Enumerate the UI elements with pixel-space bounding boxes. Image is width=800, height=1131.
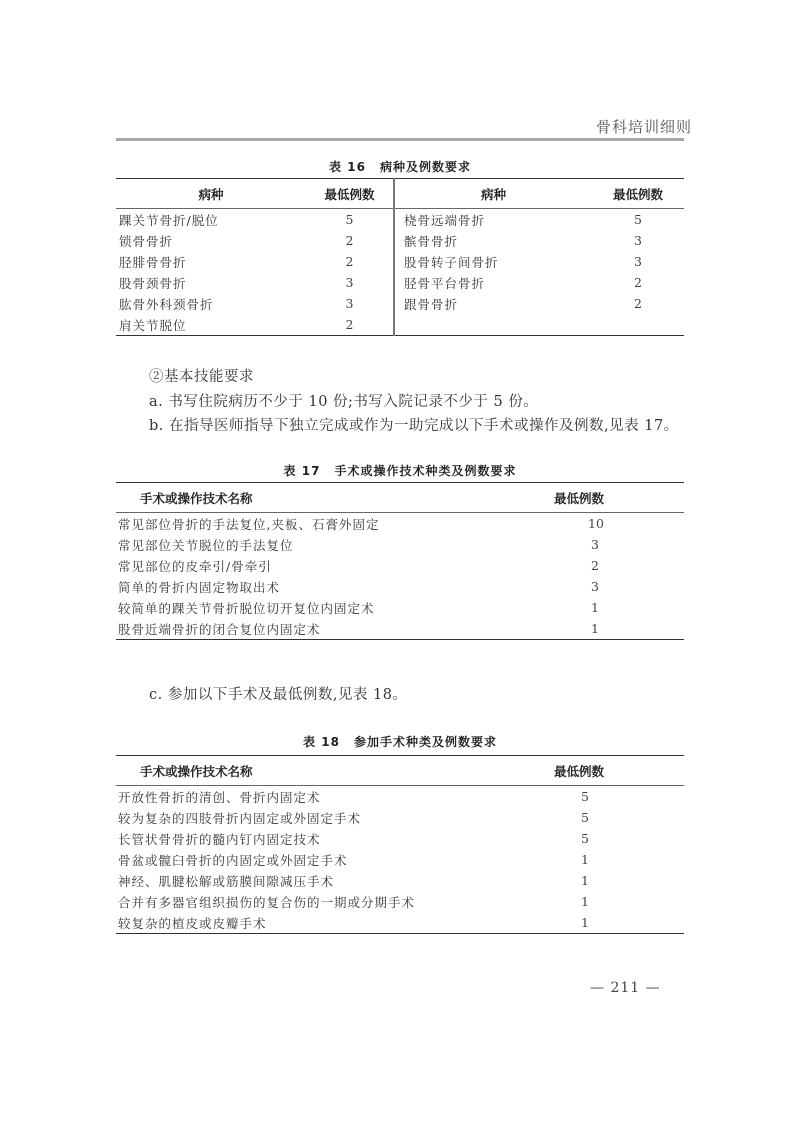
table17-header-row: 手术或操作技术名称 最低例数 <box>116 483 684 513</box>
cell-name: 合并有多器官组织损伤的复合伤的一期或分期手术 <box>116 891 524 912</box>
table16-caption: 表 16病种及例数要求 <box>116 158 684 175</box>
cell-name: 踝关节骨折/脱位 <box>116 209 306 231</box>
table17-caption: 表 17手术或操作技术种类及例数要求 <box>116 462 684 479</box>
cell-min: 5 <box>524 786 684 808</box>
table18-caption: 表 18参加手术种类及例数要求 <box>116 733 684 750</box>
table-row: 锁骨骨折 2 髌骨骨折 3 <box>116 230 684 251</box>
cell-name: 股骨转子间骨折 <box>394 251 592 272</box>
table-row: 肱骨外科颈骨折 3 跟骨骨折 2 <box>116 293 684 314</box>
cell-min: 2 <box>306 230 394 251</box>
table17-number: 表 17 <box>284 464 321 478</box>
cell-min: 2 <box>306 251 394 272</box>
cell-name: 神经、肌腱松解或筋膜间隙减压手术 <box>116 870 524 891</box>
cell-min: 1 <box>524 870 684 891</box>
table-row: 常见部位骨折的手法复位,夹板、石膏外固定10 <box>116 513 684 535</box>
table18-header-row: 手术或操作技术名称 最低例数 <box>116 756 684 786</box>
table-row: 简单的骨折内固定物取出术3 <box>116 576 684 597</box>
column-header: 病种 <box>116 179 306 209</box>
cell-name: 简单的骨折内固定物取出术 <box>116 576 524 597</box>
cell-min: 5 <box>524 807 684 828</box>
table17: 手术或操作技术名称 最低例数 常见部位骨折的手法复位,夹板、石膏外固定10 常见… <box>116 482 684 640</box>
cell-name: 肱骨外科颈骨折 <box>116 293 306 314</box>
cell-min: 5 <box>524 828 684 849</box>
cell-min: 1 <box>524 849 684 870</box>
cell-min: 3 <box>524 534 684 555</box>
cell-name <box>394 314 592 336</box>
cell-name: 较为复杂的四肢骨折内固定或外固定手术 <box>116 807 524 828</box>
table-row: 较简单的踝关节骨折脱位切开复位内固定术1 <box>116 597 684 618</box>
column-header: 最低例数 <box>592 179 684 209</box>
table16-title: 病种及例数要求 <box>380 160 471 174</box>
table-row: 神经、肌腱松解或筋膜间隙减压手术1 <box>116 870 684 891</box>
table-row: 较为复杂的四肢骨折内固定或外固定手术5 <box>116 807 684 828</box>
running-head: 骨科培训细则 <box>596 116 692 137</box>
table-row: 合并有多器官组织损伤的复合伤的一期或分期手术1 <box>116 891 684 912</box>
cell-name: 桡骨远端骨折 <box>394 209 592 231</box>
cell-min: 1 <box>524 597 684 618</box>
section-heading: ②基本技能要求 <box>149 365 254 386</box>
table16-header-row: 病种 最低例数 病种 最低例数 <box>116 179 684 209</box>
cell-name: 较简单的踝关节骨折脱位切开复位内固定术 <box>116 597 524 618</box>
cell-name: 长管状骨骨折的髓内钉内固定技术 <box>116 828 524 849</box>
cell-min: 1 <box>524 912 684 934</box>
table-row: 肩关节脱位 2 <box>116 314 684 336</box>
cell-min: 3 <box>592 251 684 272</box>
page-number: — 211 — <box>590 980 661 996</box>
cell-name: 常见部位关节脱位的手法复位 <box>116 534 524 555</box>
header-rule <box>116 138 684 141</box>
cell-name: 股骨近端骨折的闭合复位内固定术 <box>116 618 524 640</box>
table18: 手术或操作技术名称 最低例数 开放性骨折的清创、骨折内固定术5 较为复杂的四肢骨… <box>116 755 684 934</box>
cell-min: 5 <box>592 209 684 231</box>
table-row: 较复杂的植皮或皮瓣手术1 <box>116 912 684 934</box>
cell-min: 1 <box>524 891 684 912</box>
column-header: 手术或操作技术名称 <box>116 756 524 786</box>
cell-name: 胫骨平台骨折 <box>394 272 592 293</box>
cell-min: 2 <box>592 272 684 293</box>
cell-min: 3 <box>306 272 394 293</box>
cell-min <box>592 314 684 336</box>
paragraph-item-b: b. 在指导医师指导下独立完成或作为一助完成以下手术或操作及例数,见表 17。 <box>149 414 679 435</box>
cell-name: 锁骨骨折 <box>116 230 306 251</box>
column-header: 病种 <box>394 179 592 209</box>
cell-name: 常见部位骨折的手法复位,夹板、石膏外固定 <box>116 513 524 535</box>
table-row: 股骨近端骨折的闭合复位内固定术1 <box>116 618 684 640</box>
table18-title: 参加手术种类及例数要求 <box>354 735 497 749</box>
paragraph-item-c: c. 参加以下手术及最低例数,见表 18。 <box>149 683 408 704</box>
cell-name: 跟骨骨折 <box>394 293 592 314</box>
cell-name: 肩关节脱位 <box>116 314 306 336</box>
cell-min: 3 <box>524 576 684 597</box>
cell-name: 髌骨骨折 <box>394 230 592 251</box>
table17-title: 手术或操作技术种类及例数要求 <box>334 464 516 478</box>
cell-name: 较复杂的植皮或皮瓣手术 <box>116 912 524 934</box>
cell-min: 3 <box>306 293 394 314</box>
column-header: 手术或操作技术名称 <box>116 483 524 513</box>
column-header: 最低例数 <box>524 756 684 786</box>
cell-min: 10 <box>524 513 684 535</box>
table-row: 常见部位的皮牵引/骨牵引2 <box>116 555 684 576</box>
cell-name: 骨盆或髋臼骨折的内固定或外固定手术 <box>116 849 524 870</box>
paragraph-item-a: a. 书写住院病历不少于 10 份;书写入院记录不少于 5 份。 <box>149 390 538 411</box>
table-row: 长管状骨骨折的髓内钉内固定技术5 <box>116 828 684 849</box>
cell-min: 2 <box>592 293 684 314</box>
table-row: 踝关节骨折/脱位 5 桡骨远端骨折 5 <box>116 209 684 231</box>
table16: 病种 最低例数 病种 最低例数 踝关节骨折/脱位 5 桡骨远端骨折 5 锁骨骨折… <box>116 178 684 336</box>
cell-name: 股骨颈骨折 <box>116 272 306 293</box>
table16-number: 表 16 <box>329 160 366 174</box>
cell-min: 5 <box>306 209 394 231</box>
table-row: 胫腓骨骨折 2 股骨转子间骨折 3 <box>116 251 684 272</box>
table-row: 股骨颈骨折 3 胫骨平台骨折 2 <box>116 272 684 293</box>
cell-name: 开放性骨折的清创、骨折内固定术 <box>116 786 524 808</box>
cell-min: 3 <box>592 230 684 251</box>
column-header: 最低例数 <box>524 483 684 513</box>
cell-name: 胫腓骨骨折 <box>116 251 306 272</box>
cell-name: 常见部位的皮牵引/骨牵引 <box>116 555 524 576</box>
table18-number: 表 18 <box>303 735 340 749</box>
column-header: 最低例数 <box>306 179 394 209</box>
table-row: 常见部位关节脱位的手法复位3 <box>116 534 684 555</box>
cell-min: 2 <box>524 555 684 576</box>
cell-min: 2 <box>306 314 394 336</box>
table-row: 开放性骨折的清创、骨折内固定术5 <box>116 786 684 808</box>
table-row: 骨盆或髋臼骨折的内固定或外固定手术1 <box>116 849 684 870</box>
cell-min: 1 <box>524 618 684 640</box>
